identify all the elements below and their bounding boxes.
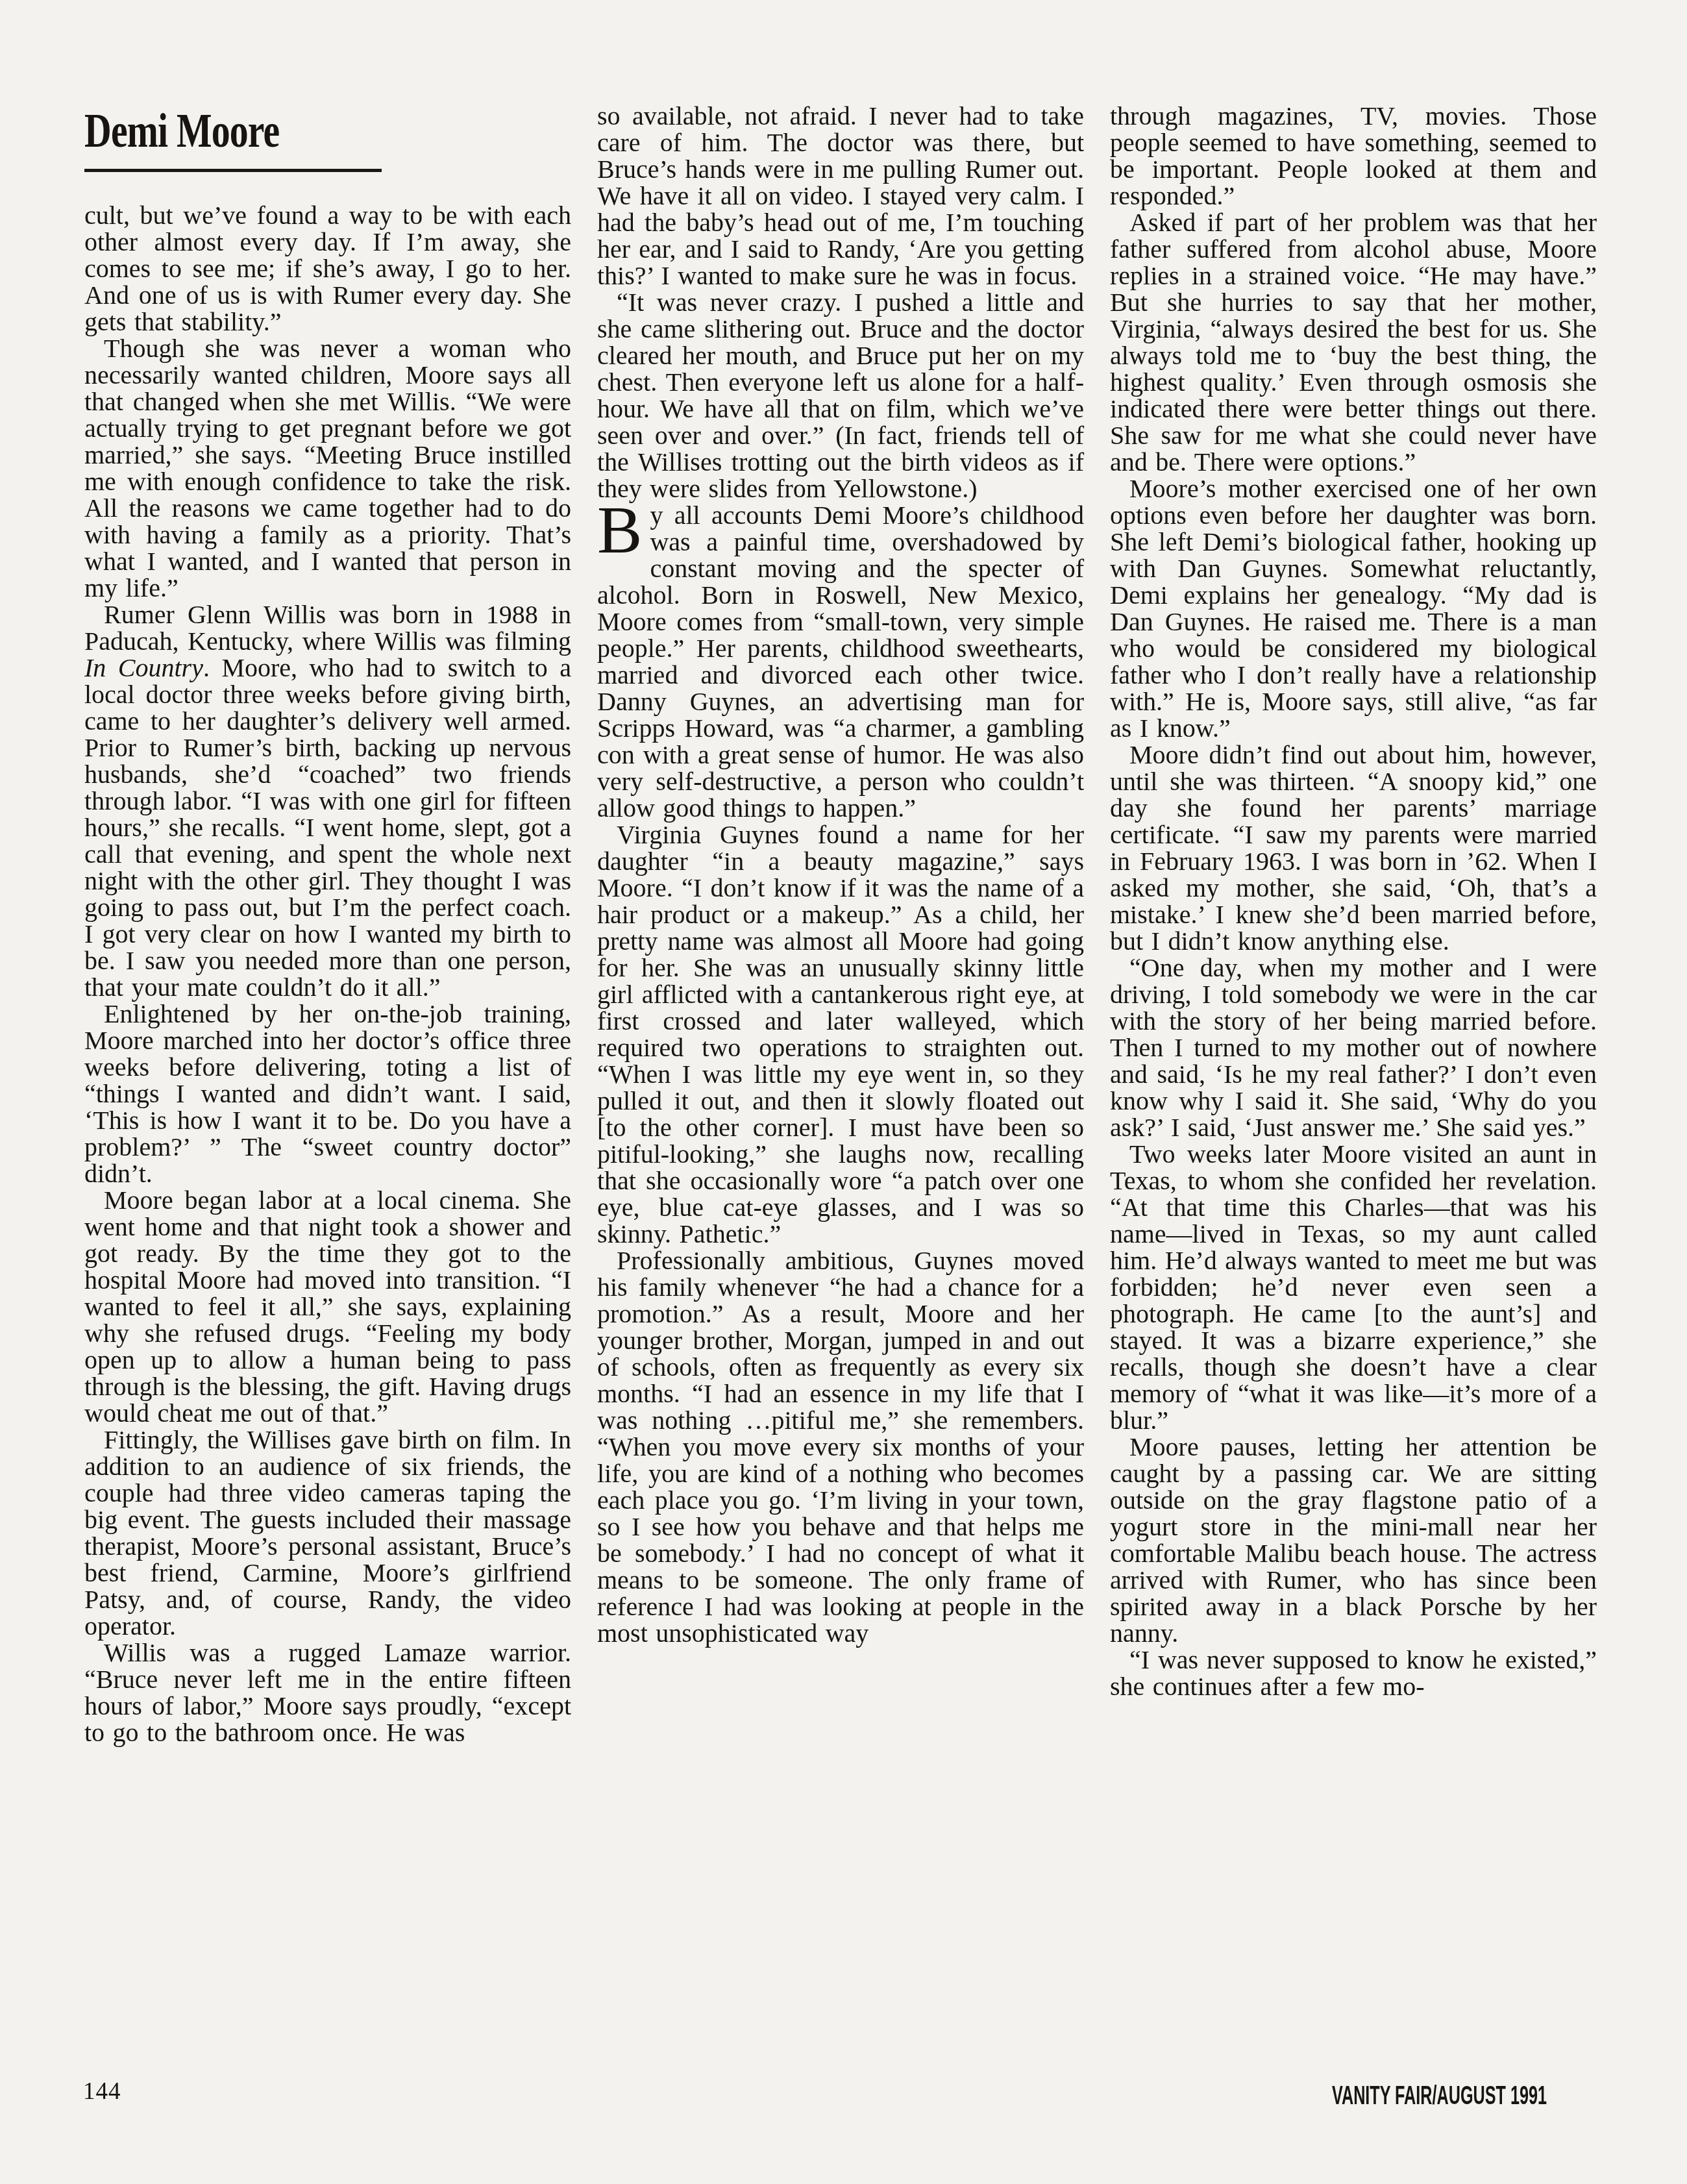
column-3: through magazines, TV, movies. Those peo… [1110,103,1597,1746]
paragraph: Willis was a rugged Lamaze warrior. “Bru… [84,1639,571,1746]
paragraph: Professionally ambitious, Guynes moved h… [597,1247,1084,1646]
paragraph: “It was never crazy. I pushed a little a… [597,289,1084,502]
paragraph: Moore pauses, letting her attention be c… [1110,1433,1597,1646]
paragraph: Rumer Glenn Willis was born in 1988 in P… [84,601,571,1000]
column-2-text: so available, not afraid. I never had to… [597,103,1084,1646]
paragraph: cult, but we’ve found a way to be with e… [84,202,571,335]
paragraph: so available, not afraid. I never had to… [597,103,1084,289]
page-title: Demi Moore [84,105,464,157]
column-1-text: cult, but we’ve found a way to be with e… [84,202,571,1746]
title-rule [84,169,382,172]
paragraph: Moore began labor at a local cinema. She… [84,1187,571,1426]
paragraph: “I was never supposed to know he existed… [1110,1646,1597,1700]
paragraph: Though she was never a woman who necessa… [84,335,571,601]
paragraph: Fittingly, the Willises gave birth on fi… [84,1426,571,1639]
column-1: Demi Moore cult, but we’ve found a way t… [84,103,571,1746]
italic-phrase: In Country [84,653,203,682]
paragraph: By all accounts Demi Moore’s childhood w… [597,502,1084,821]
paragraph: Two weeks later Moore visited an aunt in… [1110,1141,1597,1433]
paragraph: “One day, when my mother and I were driv… [1110,954,1597,1141]
drop-cap: B [597,503,642,558]
paragraph: Asked if part of her problem was that he… [1110,209,1597,475]
paragraph: Moore didn’t find out about him, however… [1110,741,1597,954]
column-3-text: through magazines, TV, movies. Those peo… [1110,103,1597,1700]
paragraph: Enlightened by her on-the-job training, … [84,1000,571,1187]
column-2: so available, not afraid. I never had to… [597,103,1084,1746]
magazine-page: Demi Moore cult, but we’ve found a way t… [0,0,1687,2184]
paragraph: Virginia Guynes found a name for her dau… [597,821,1084,1247]
paragraph: Moore’s mother exercised one of her own … [1110,475,1597,741]
page-number: 144 [83,2078,121,2105]
paragraph: through magazines, TV, movies. Those peo… [1110,103,1597,209]
magazine-footer: VANITY FAIR/AUGUST 1991 [1332,2081,1547,2111]
article-body: Demi Moore cult, but we’ve found a way t… [84,103,1597,1746]
